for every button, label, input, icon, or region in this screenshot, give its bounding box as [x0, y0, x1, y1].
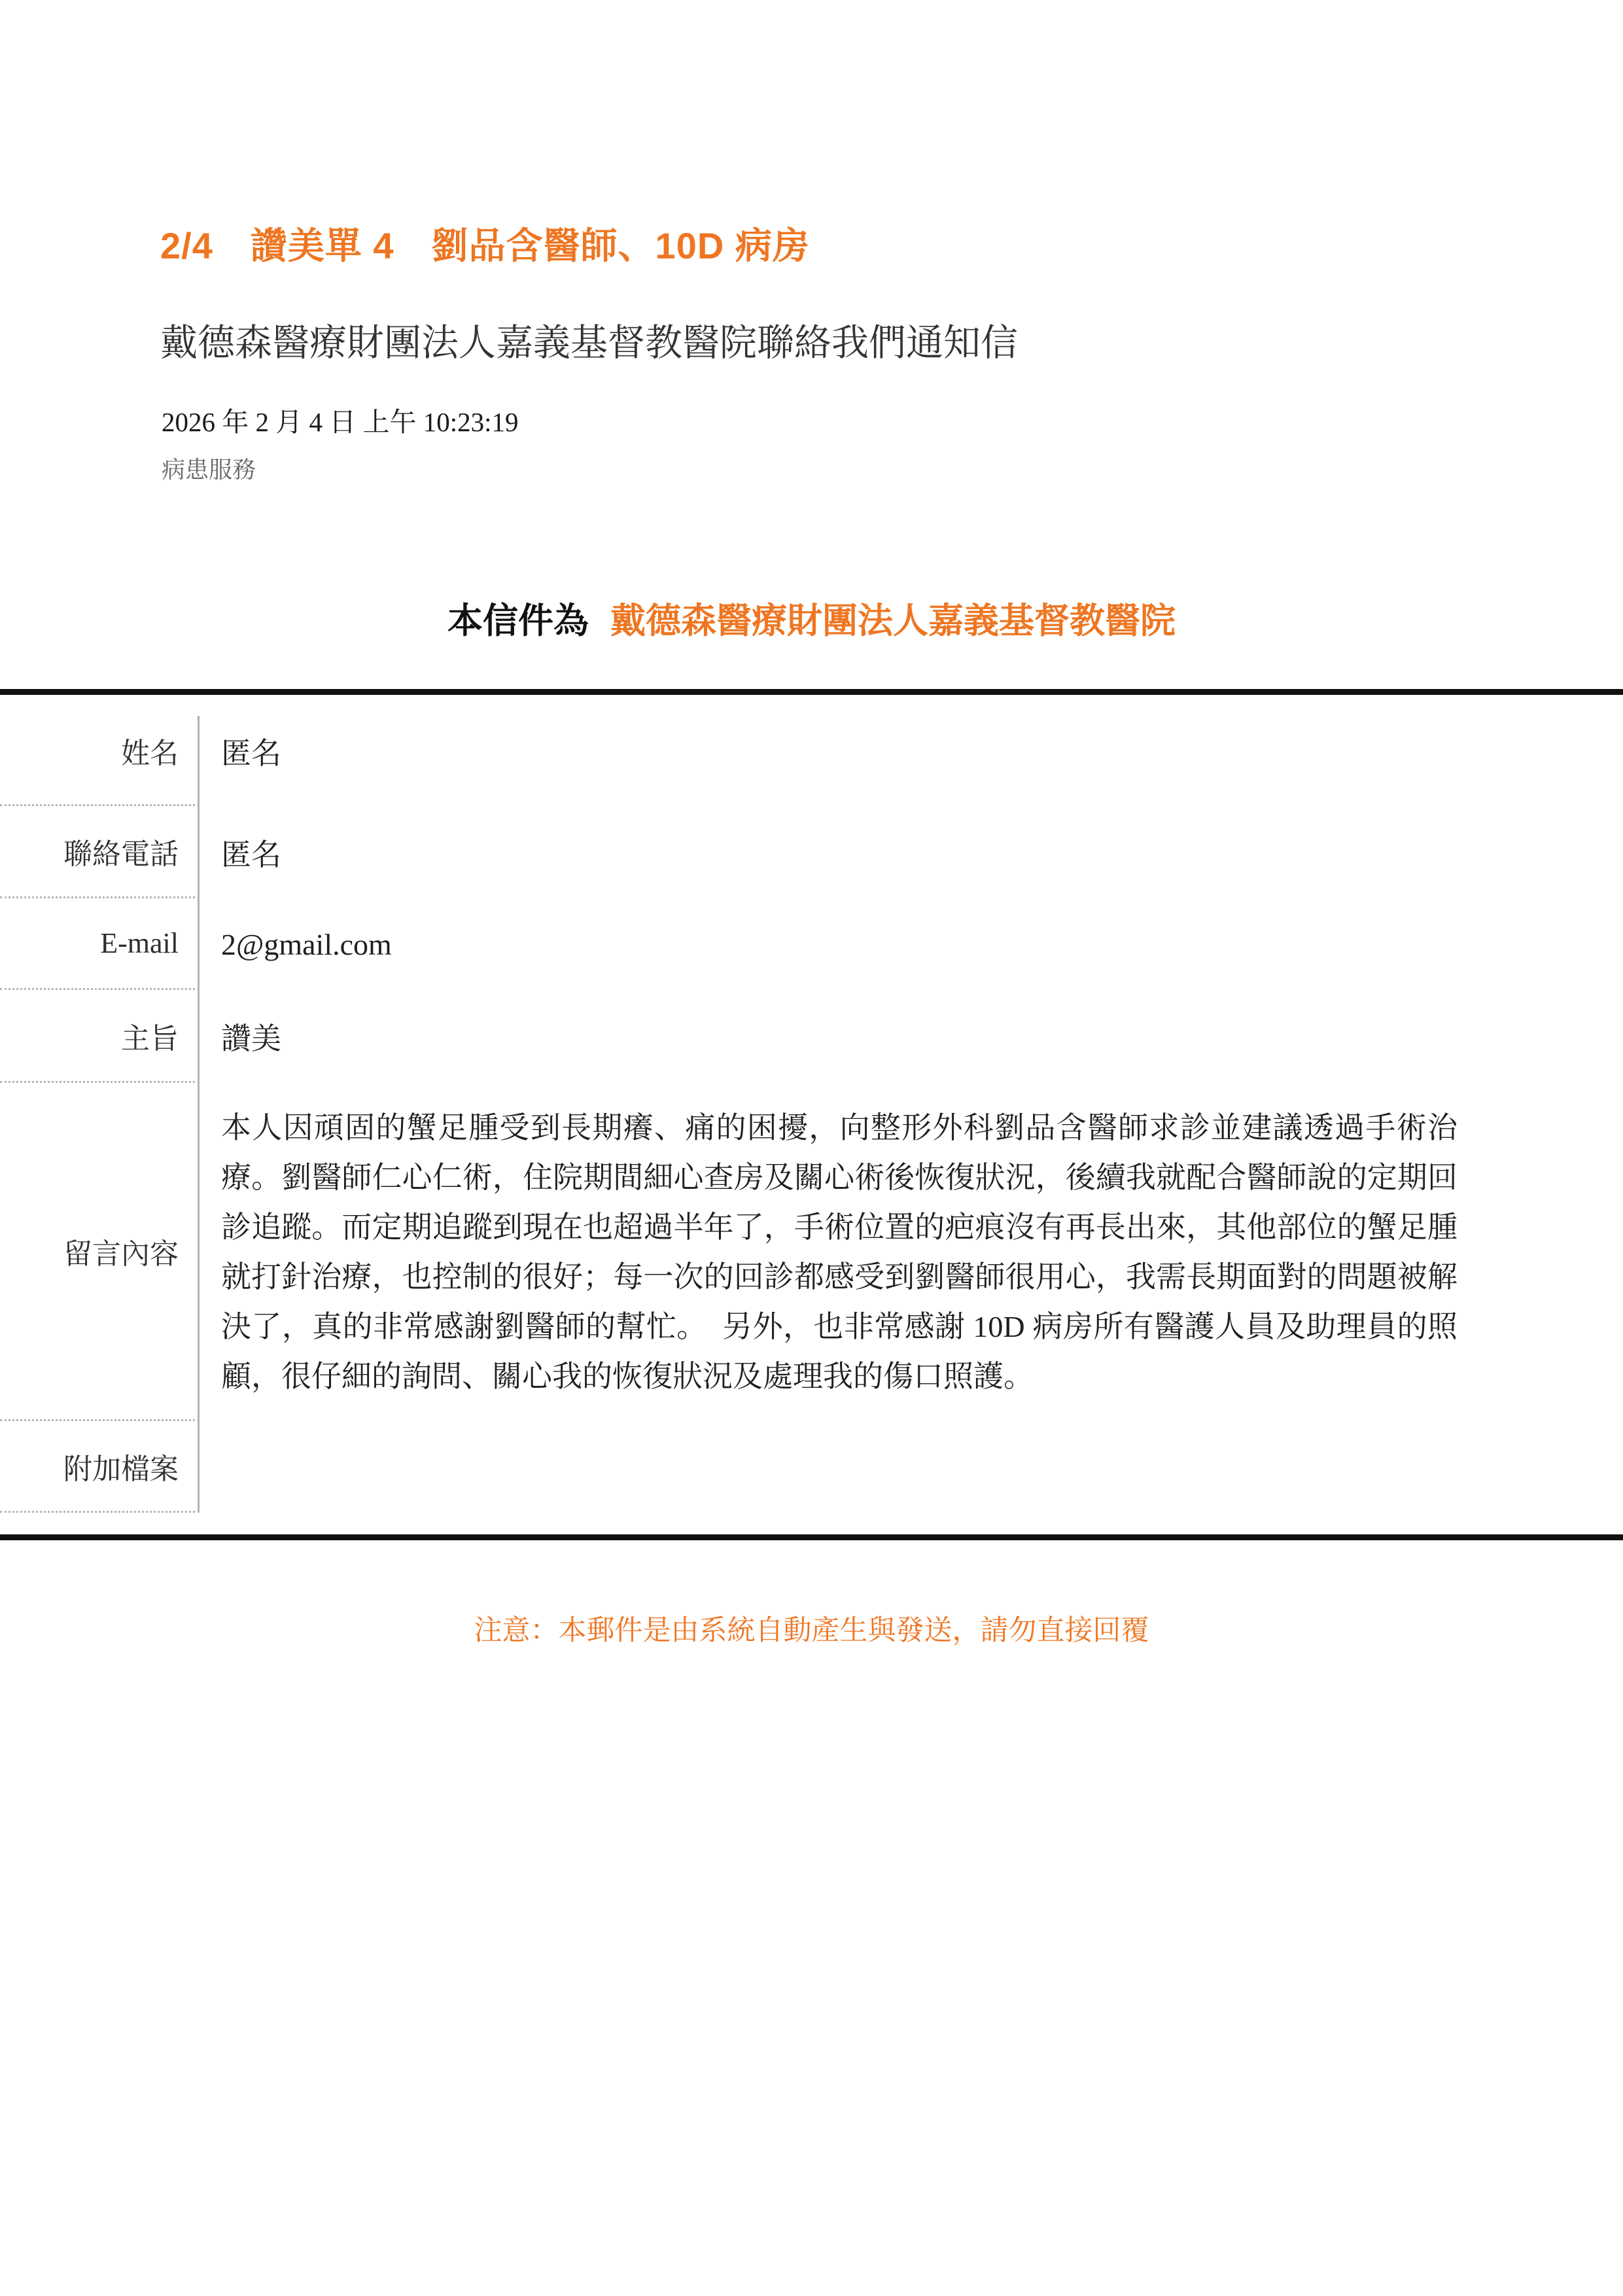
hospital-name: 戴德森醫療財團法人嘉義基督教醫院 [610, 601, 1176, 641]
table-row: 主旨 讚美 [0, 990, 1623, 1083]
row-label-name: 姓名 [0, 696, 200, 806]
date-time: 2026 年 2 月 4 日 上午 10:23:19 [162, 400, 519, 439]
row-label-attachment: 附加檔案 [0, 1421, 200, 1513]
row-label-phone: 聯絡電話 [0, 806, 200, 898]
row-label-subject: 主旨 [0, 990, 200, 1083]
table-row: E-mail 2@gmail.com [0, 898, 1623, 990]
bottom-divider-rule [0, 1534, 1623, 1540]
contact-form-table: 姓名 匿名 聯絡電話 匿名 E-mail 2@gmail.com 主旨 讚美 留… [0, 696, 1623, 1513]
table-row: 姓名 匿名 [0, 696, 1623, 806]
row-value-subject: 讚美 [200, 990, 1623, 1083]
row-value-phone: 匿名 [200, 806, 1623, 898]
page-title: 戴德森醫療財團法人嘉義基督教醫院聯絡我們通知信 [160, 313, 1018, 366]
message-content-text: 本人因頑固的蟹足腫受到長期癢、痛的困擾，向整形外科劉品含醫師求診並建議透過手術治… [221, 1103, 1457, 1402]
row-value-name: 匿名 [200, 696, 1623, 806]
row-value-email: 2@gmail.com [200, 898, 1623, 990]
table-row: 留言內容 本人因頑固的蟹足腫受到長期癢、痛的困擾，向整形外科劉品含醫師求診並建議… [0, 1083, 1623, 1421]
column-divider-line [198, 716, 200, 1511]
table-row: 附加檔案 [0, 1421, 1623, 1513]
statement-prefix: 本信件為 [447, 601, 589, 641]
row-value-message: 本人因頑固的蟹足腫受到長期癢、痛的困擾，向整形外科劉品含醫師求診並建議透過手術治… [200, 1083, 1623, 1421]
department-label: 病患服務 [162, 451, 256, 485]
auto-reply-notice: 注意：本郵件是由系統自動產生與發送，請勿直接回覆 [0, 1608, 1623, 1648]
page-heading: 2/4 讚美單 4 劉品含醫師、10D 病房 [160, 217, 810, 270]
row-value-attachment [200, 1421, 1623, 1513]
row-label-email: E-mail [0, 898, 200, 990]
table-row: 聯絡電話 匿名 [0, 806, 1623, 898]
top-divider-rule [0, 689, 1623, 695]
statement-line: 本信件為 戴德森醫療財團法人嘉義基督教醫院 [0, 593, 1623, 643]
email-notification-page: 2/4 讚美單 4 劉品含醫師、10D 病房 戴德森醫療財團法人嘉義基督教醫院聯… [0, 0, 1623, 2296]
row-label-message: 留言內容 [0, 1083, 200, 1421]
